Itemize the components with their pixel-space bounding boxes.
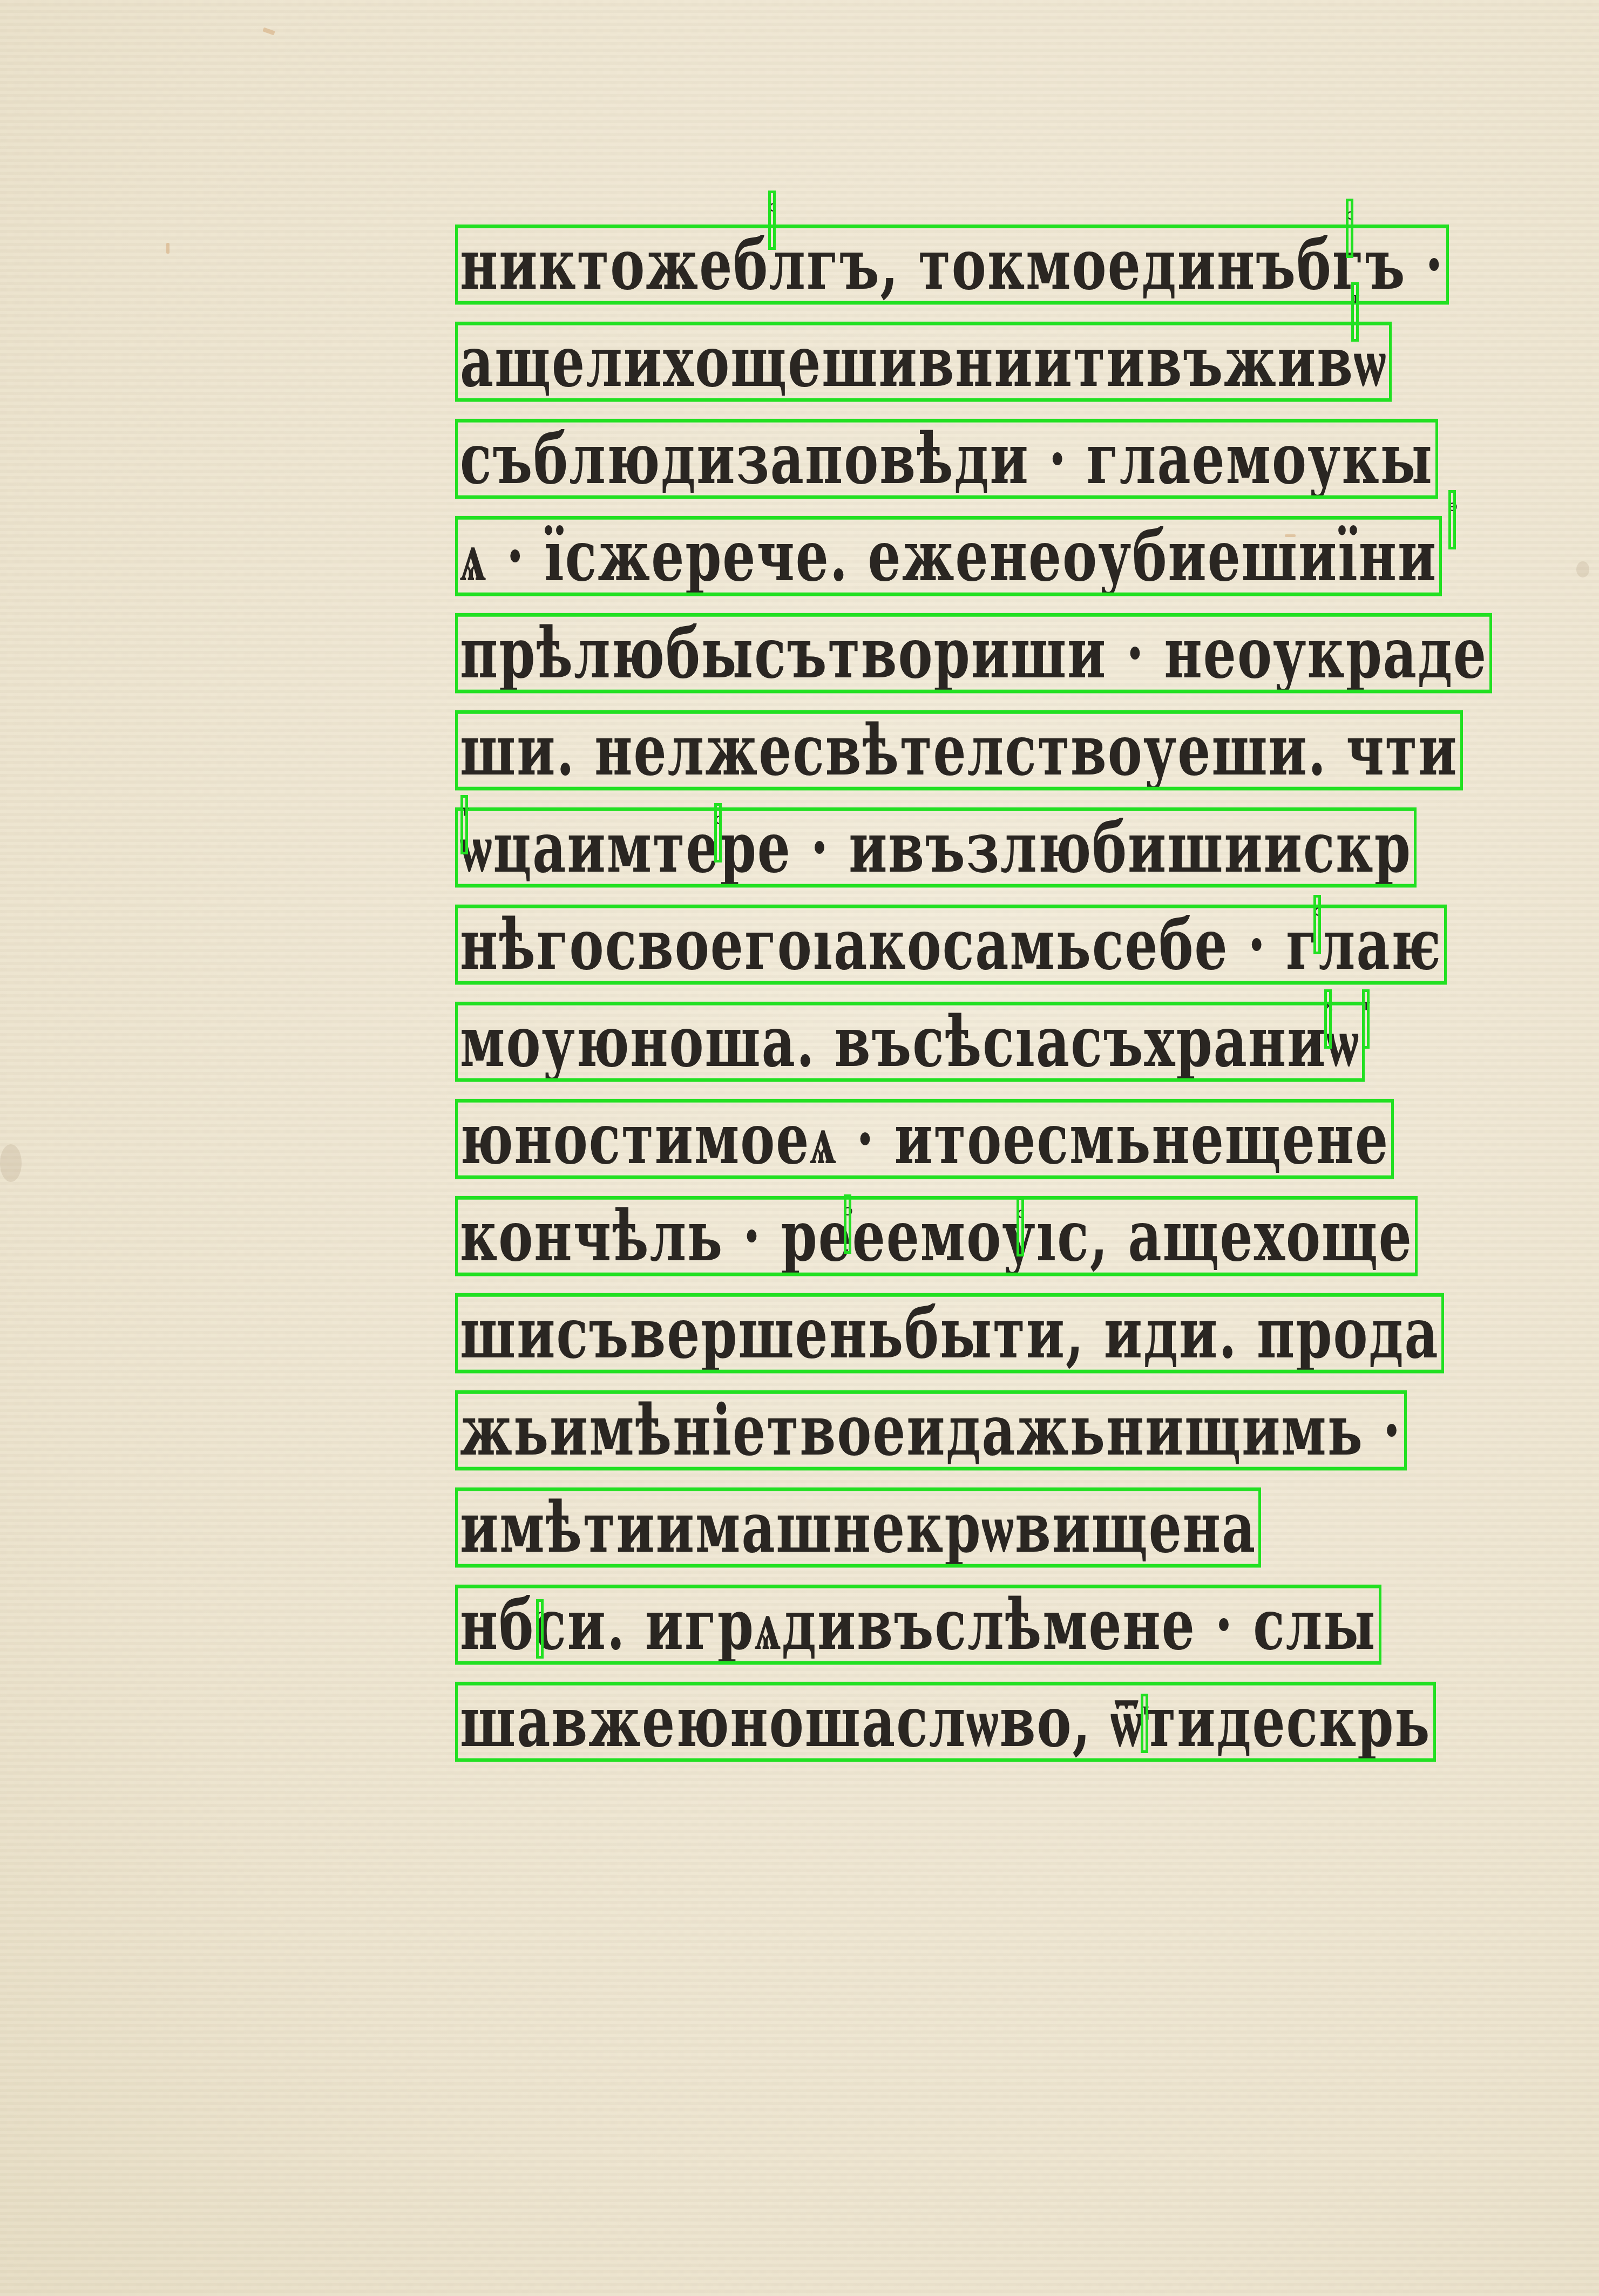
text-line-15: нбси. игрѧдивъслѣмене · слы <box>459 1572 1385 1660</box>
text-line-1: никтожеблгъ, токмоединъбгъ · <box>459 212 1453 300</box>
text-line-11: кончѣль · рееемоуıс, ащехоще <box>459 1184 1421 1271</box>
text-line-6: ши. нелжесвѣтелствоуеши. чти <box>459 698 1467 785</box>
paper-fiber <box>166 243 170 254</box>
text-line-3: съблюдизаповѣди · глаемоукы <box>459 406 1442 494</box>
text-line-10: юностимоеѧ · итоесмьнещене <box>459 1086 1398 1174</box>
line-text: съблюдизаповѣди · глаемоукы <box>459 424 1434 494</box>
text-line-4: ѧ · їсжерече. еженеоубиешиїни <box>459 504 1446 591</box>
line-text: прѣлюбысътвориши · неоукраде <box>459 618 1488 688</box>
line-text: юностимоеѧ · итоесмьнещене <box>459 1104 1390 1174</box>
line-text: шисъвершеньбыти, иди. прода <box>459 1298 1440 1368</box>
text-line-8: нѣгосвоегоıакосамьсебе · глаѥ <box>459 892 1451 980</box>
line-text: ѡцаимтере · ивъзлюбишиискр <box>459 812 1413 882</box>
paper-stain <box>0 1144 22 1182</box>
text-line-14: имѣтиимашнекрѡвищена <box>459 1475 1265 1563</box>
line-text: жьимѣніетвоеидажьнищимь · <box>459 1395 1403 1465</box>
text-line-5: прѣлюбысътвориши · неоукраде <box>459 601 1496 688</box>
paper-fiber <box>262 27 275 35</box>
manuscript-page: никтожеблгъ, токмоединъбгъ · ащелихощеши… <box>0 0 1599 2296</box>
text-line-13: жьимѣніетвоеидажьнищимь · <box>459 1378 1411 1465</box>
paper-stain <box>1576 561 1589 578</box>
line-text: нбси. игрѧдивъслѣмене · слы <box>459 1589 1378 1660</box>
line-text: ши. нелжесвѣтелствоуеши. чти <box>459 715 1459 785</box>
line-text: шавжеюношаслѡво, ѿтидескрь <box>459 1687 1432 1757</box>
line-text: ѧ · їсжерече. еженеоубиешиїни <box>459 521 1438 591</box>
line-text: никтожеблгъ, токмоединъбгъ · <box>459 229 1445 300</box>
line-text: ащелихощешивниитивъживѡ <box>459 327 1388 397</box>
text-line-2: ащелихощешивниитивъживѡ <box>459 309 1395 397</box>
text-line-9: моуюноша. въсѣсıасъхраниѡ <box>459 989 1368 1077</box>
line-text: кончѣль · рееемоуıс, ащехоще <box>459 1201 1414 1271</box>
line-text: имѣтиимашнекрѡвищена <box>459 1492 1257 1563</box>
line-text: нѣгосвоегоıакосамьсебе · глаѥ <box>459 909 1443 980</box>
line-text: моуюноша. въсѣсıасъхраниѡ <box>459 1007 1361 1077</box>
text-line-7: ѡцаимтере · ивъзлюбишиискр <box>459 795 1420 882</box>
text-line-16: шавжеюношаслѡво, ѿтидескрь <box>459 1669 1440 1757</box>
text-line-12: шисъвершеньбыти, иди. прода <box>459 1281 1448 1368</box>
